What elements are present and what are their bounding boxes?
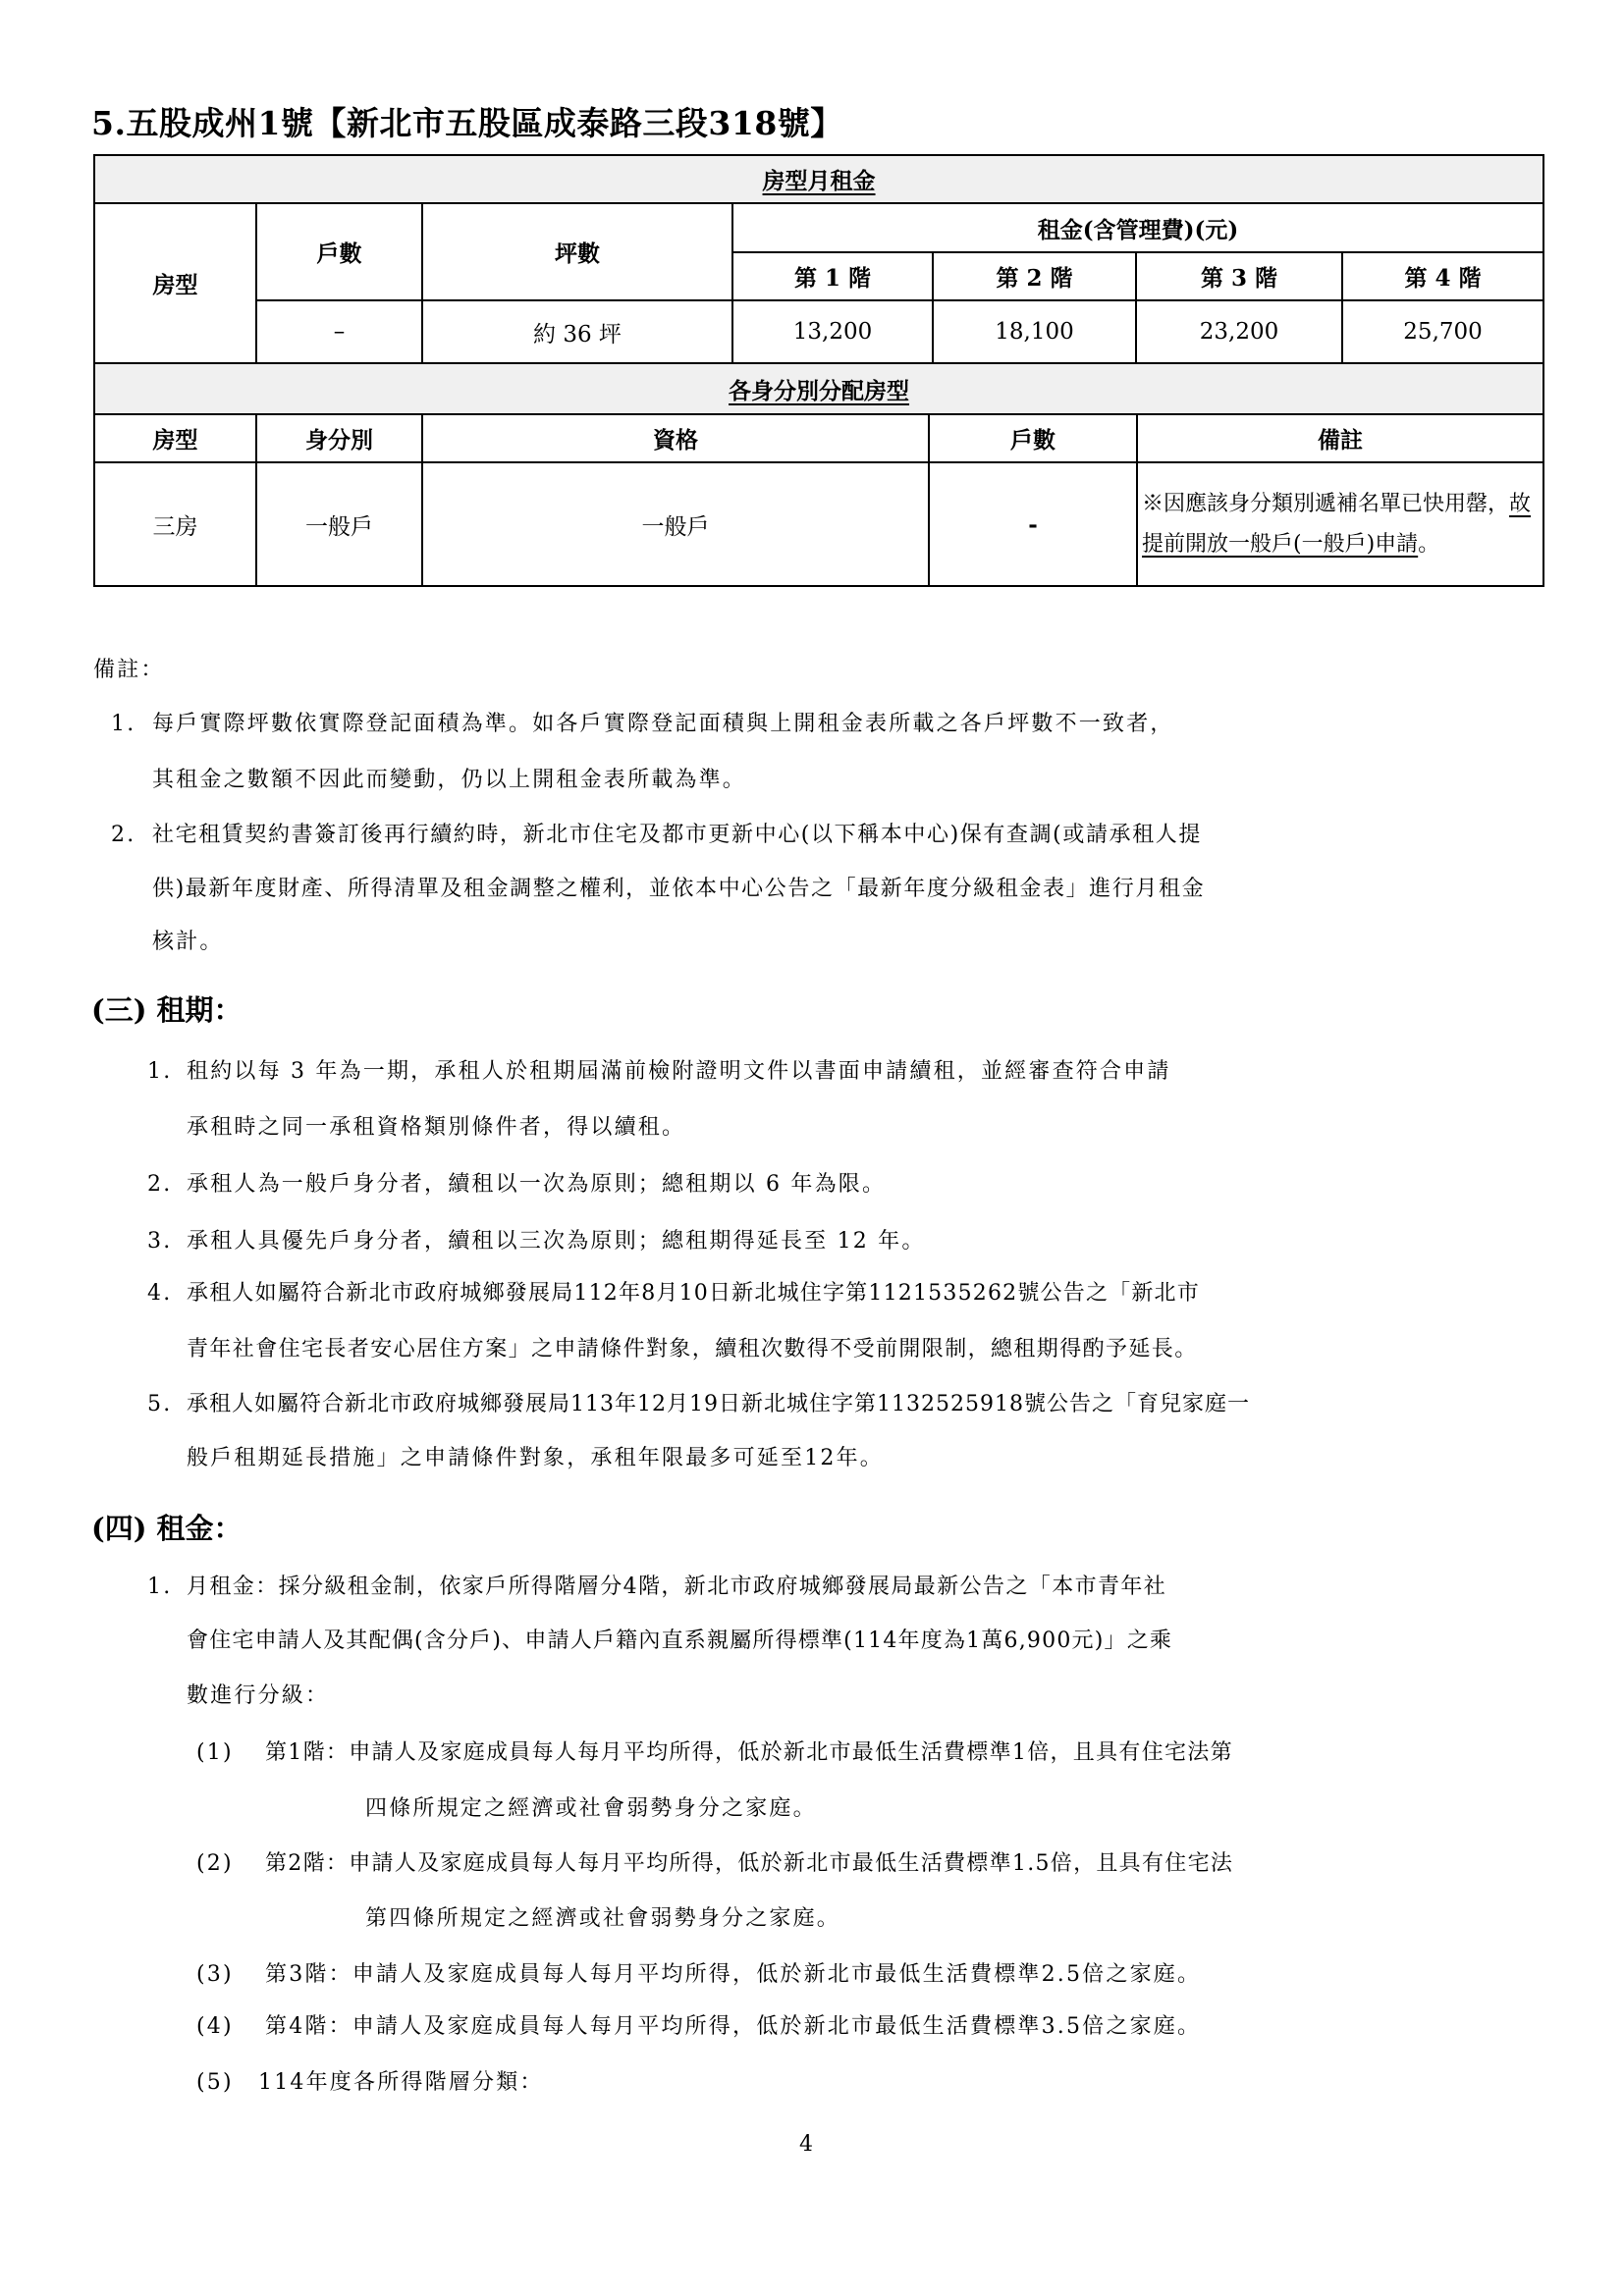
tier-3-line-1: 第3階：申請人及家庭成員每人每月平均所得，低於新北市最低生活費標準2.5倍之家庭… [265, 1960, 1201, 1990]
alloc-header-identity: 身分別 [256, 414, 422, 462]
note-2-line-3: 核計。 [152, 928, 224, 957]
allocation-table: 各身分別分配房型 房型 身分別 資格 戶數 備註 三房 一般戶 一般戶 - ※因… [93, 362, 1544, 587]
lease-item-5-num: 5. [147, 1390, 172, 1419]
remark-prefix: ※因應該身分類別遞補名單已快用罄， [1142, 492, 1509, 516]
tier-1-line-2: 四條所規定之經濟或社會弱勢身分之家庭。 [365, 1794, 817, 1824]
section-rent-heading: (四) 租金： [91, 1507, 243, 1547]
alloc-header-qualification: 資格 [422, 414, 929, 462]
note-1-num: 1. [111, 710, 135, 739]
lease-item-5-line-1: 承租人如屬符合新北市政府城鄉發展局113年12月19日新北城住字第1132525… [187, 1390, 1250, 1419]
header-tier-3: 第 3 階 [1136, 252, 1342, 300]
tier-4-num: (4) [196, 2012, 234, 2042]
lease-item-4-num: 4. [147, 1279, 172, 1308]
allocation-table-caption: 各身分別分配房型 [94, 363, 1543, 414]
cell-rent-tier-3: 23,200 [1136, 300, 1342, 363]
lease-item-3-num: 3. [147, 1227, 172, 1256]
property-title: 5.五股成州1號【新北市五股區成泰路三段318號】 [91, 98, 843, 144]
header-units: 戶數 [256, 203, 422, 300]
cell-rent-tier-1: 13,200 [732, 300, 933, 363]
tier-2-num: (2) [196, 1849, 234, 1879]
cell-rent-tier-2: 18,100 [933, 300, 1136, 363]
tier-2-line-2: 第四條所規定之經濟或社會弱勢身分之家庭。 [365, 1904, 840, 1934]
lease-item-4-line-1: 承租人如屬符合新北市政府城鄉發展局112年8月10日新北城住字第11215352… [187, 1279, 1200, 1308]
header-rent-group: 租金(含管理費)(元) [732, 203, 1543, 252]
rent-table-caption: 房型月租金 [94, 155, 1543, 203]
note-2-num: 2. [111, 821, 135, 850]
tier-4-line-1: 第4階：申請人及家庭成員每人每月平均所得，低於新北市最低生活費標準3.5倍之家庭… [265, 2012, 1201, 2042]
lease-item-1-line-2: 承租時之同一承租資格類別條件者，得以續租。 [187, 1113, 685, 1143]
rent-item-1-line-3: 數進行分級： [187, 1682, 329, 1711]
alloc-header-units: 戶數 [929, 414, 1137, 462]
header-ping: 坪數 [422, 203, 732, 300]
cell-ping: 約 36 坪 [422, 300, 732, 363]
lease-item-3-line-1: 承租人具優先戶身分者，續租以三次為原則；總租期得延長至 12 年。 [187, 1227, 926, 1256]
lease-item-2-num: 2. [147, 1170, 172, 1200]
lease-item-1-line-1: 租約以每 3 年為一期，承租人於租期屆滿前檢附證明文件以書面申請續租，並經審查符… [187, 1057, 1171, 1087]
alloc-header-remark: 備註 [1137, 414, 1543, 462]
header-tier-1: 第 1 階 [732, 252, 933, 300]
note-2-line-2: 供)最新年度財產、所得清單及租金調整之權利，並依本中心公告之「最新年度分級租金表… [152, 875, 1205, 904]
rent-item-1-line-2: 會住宅申請人及其配偶(含分戶)、申請人戶籍內直系親屬所得標準(114年度為1萬6… [187, 1627, 1172, 1656]
lease-item-5-line-2: 般戶租期延長措施」之申請條件對象，承租年限最多可延至12年。 [187, 1444, 884, 1473]
lease-item-4-line-2: 青年社會住宅長者安心居住方案」之申請條件對象，續租次數得不受前開限制，總租期得酌… [187, 1335, 1198, 1364]
alloc-cell-identity: 一般戶 [256, 462, 422, 586]
rent-item-1-line-1: 月租金：採分級租金制，依家戶所得階層分4階，新北市政府城鄉發展局最新公告之「本市… [187, 1573, 1166, 1602]
rent-table: 房型月租金 房型 戶數 坪數 租金(含管理費)(元) 第 1 階 第 2 階 第… [93, 154, 1544, 364]
notes-label: 備註： [93, 656, 165, 685]
lease-item-2-line-1: 承租人為一般戶身分者，續租以一次為原則；總租期以 6 年為限。 [187, 1170, 886, 1200]
note-2-line-1: 社宅租賃契約書簽訂後再行續約時，新北市住宅及都市更新中心(以下稱本中心)保有查調… [152, 821, 1202, 850]
lease-item-1-num: 1. [147, 1057, 172, 1087]
tier-1-line-1: 第1階：申請人及家庭成員每人每月平均所得，低於新北市最低生活費標準1倍，且具有住… [265, 1738, 1233, 1768]
cell-units: – [256, 300, 422, 363]
header-room-type: 房型 [94, 203, 256, 363]
alloc-cell-remark: ※因應該身分類別遞補名單已快用罄，故提前開放一般戶(一般戶)申請。 [1137, 462, 1543, 586]
tier-5-line-1: 114年度各所得階層分類： [258, 2068, 544, 2098]
section-lease-term-heading: (三) 租期： [91, 988, 243, 1029]
alloc-cell-room-type: 三房 [94, 462, 256, 586]
alloc-cell-qualification: 一般戶 [422, 462, 929, 586]
alloc-header-room-type: 房型 [94, 414, 256, 462]
page-number: 4 [799, 2132, 813, 2157]
rent-item-1-num: 1. [147, 1573, 172, 1602]
header-tier-2: 第 2 階 [933, 252, 1136, 300]
header-tier-4: 第 4 階 [1342, 252, 1543, 300]
tier-2-line-1: 第2階：申請人及家庭成員每人每月平均所得，低於新北市最低生活費標準1.5倍，且具… [265, 1849, 1233, 1879]
note-1-line-1: 每戶實際坪數依實際登記面積為準。如各戶實際登記面積與上開租金表所載之各戶坪數不一… [152, 710, 1174, 739]
tier-1-num: (1) [196, 1738, 234, 1768]
tier-5-num: (5) [196, 2068, 234, 2098]
remark-suffix: 。 [1418, 532, 1439, 557]
note-1-line-2: 其租金之數額不因此而變動，仍以上開租金表所載為準。 [152, 766, 746, 795]
tier-3-num: (3) [196, 1960, 234, 1990]
cell-rent-tier-4: 25,700 [1342, 300, 1543, 363]
alloc-cell-units: - [929, 462, 1137, 586]
